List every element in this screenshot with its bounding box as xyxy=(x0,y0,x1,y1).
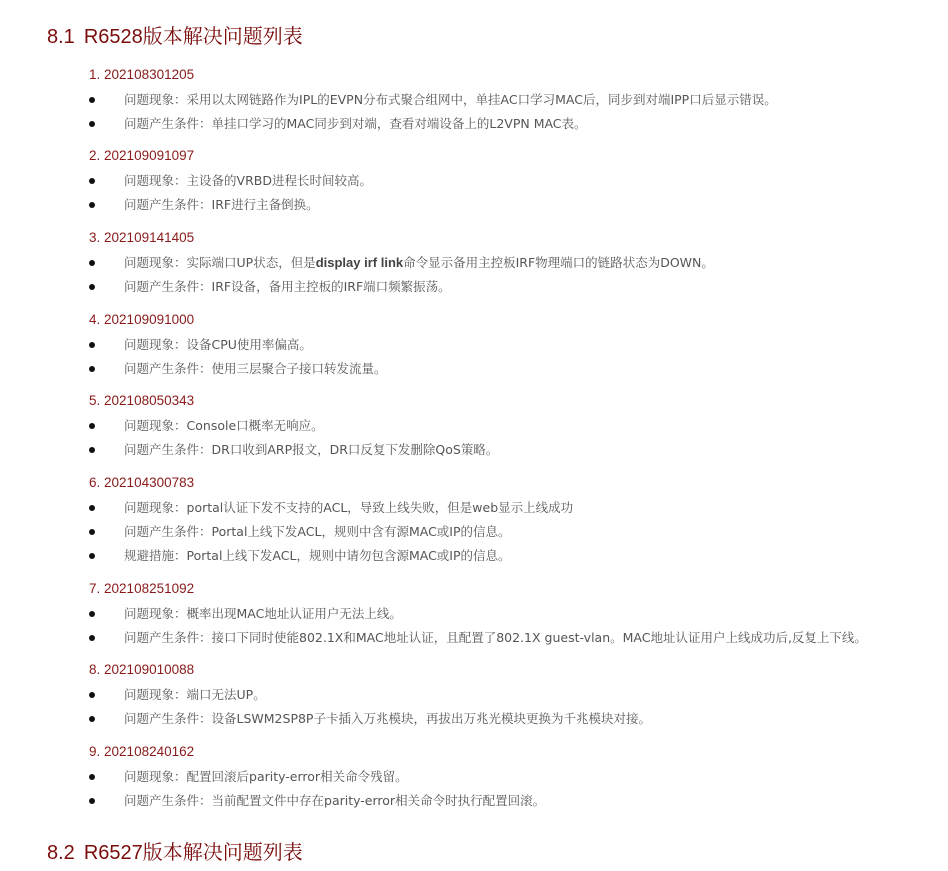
issue-details-list: 问题现象：主设备的VRBD进程长时间较高。 问题产生条件：IRF进行主备倒换。 xyxy=(89,169,939,217)
issue-id: 3. 202109141405 xyxy=(89,229,939,247)
list-item: 问题现象：Console口概率无响应。 xyxy=(89,414,939,438)
bullet-icon xyxy=(89,716,95,722)
list-item: 问题产生条件：单挂口学习的MAC同步到对端，查看对端设备上的L2VPN MAC表… xyxy=(89,112,939,136)
section-heading-8-1: 8.1R6528版本解决问题列表 xyxy=(47,24,303,50)
list-item: 问题现象：采用以太网链路作为IPL的EVPN分布式聚合组网中，单挂AC口学习MA… xyxy=(89,88,939,112)
list-item: 问题产生条件：IRF设备，备用主控板的IRF端口频繁振荡。 xyxy=(89,275,939,299)
issue-entry: 3. 202109141405 问题现象：实际端口UP状态，但是display … xyxy=(89,229,939,299)
list-item: 问题产生条件：接口下同时使能802.1X和MAC地址认证，且配置了802.1X … xyxy=(89,626,939,650)
issue-id: 2. 202109091097 xyxy=(89,147,939,165)
bullet-icon xyxy=(89,611,95,617)
list-item: 问题现象：配置回滚后parity-error相关命令残留。 xyxy=(89,765,939,789)
issue-details-list: 问题现象：概率出现MAC地址认证用户无法上线。 问题产生条件：接口下同时使能80… xyxy=(89,602,939,650)
section-title-text: R6527版本解决问题列表 xyxy=(84,842,303,864)
list-item: 规避措施：Portal上线下发ACL，规则中请勿包含源MAC或IP的信息。 xyxy=(89,544,939,568)
issue-id: 8. 202109010088 xyxy=(89,661,939,679)
issue-id: 4. 202109091000 xyxy=(89,311,939,329)
bullet-icon xyxy=(89,553,95,559)
list-item: 问题现象：主设备的VRBD进程长时间较高。 xyxy=(89,169,939,193)
issue-details-list: 问题现象：Console口概率无响应。 问题产生条件：DR口收到ARP报文，DR… xyxy=(89,414,939,462)
bullet-icon xyxy=(89,774,95,780)
issue-entry: 6. 202104300783 问题现象：portal认证下发不支持的ACL，导… xyxy=(89,474,939,568)
list-item: 问题产生条件：IRF进行主备倒换。 xyxy=(89,193,939,217)
list-item: 问题产生条件：设备LSWM2SP8P子卡插入万兆模块，再拔出万兆光模块更换为千兆… xyxy=(89,707,939,731)
issue-details-list: 问题现象：设备CPU使用率偏高。 问题产生条件：使用三层聚合子接口转发流量。 xyxy=(89,333,939,381)
section-heading-8-2: 8.2R6527版本解决问题列表 xyxy=(47,840,303,866)
issue-details-list: 问题现象：portal认证下发不支持的ACL，导致上线失败，但是web显示上线成… xyxy=(89,496,939,568)
issue-entry: 8. 202109010088 问题现象：端口无法UP。 问题产生条件：设备LS… xyxy=(89,661,939,731)
issue-id: 9. 202108240162 xyxy=(89,743,939,761)
issue-id: 1. 202108301205 xyxy=(89,66,939,84)
bullet-icon xyxy=(89,121,95,127)
bullet-icon xyxy=(89,529,95,535)
issue-entry: 9. 202108240162 问题现象：配置回滚后parity-error相关… xyxy=(89,743,939,813)
issue-details-list: 问题现象：实际端口UP状态，但是display irf link命令显示备用主控… xyxy=(89,251,939,299)
list-item: 问题现象：实际端口UP状态，但是display irf link命令显示备用主控… xyxy=(89,251,939,275)
bullet-icon xyxy=(89,202,95,208)
bullet-icon xyxy=(89,505,95,511)
list-item: 问题产生条件：使用三层聚合子接口转发流量。 xyxy=(89,357,939,381)
section-title-text: R6528版本解决问题列表 xyxy=(84,26,303,48)
issue-entry: 4. 202109091000 问题现象：设备CPU使用率偏高。 问题产生条件：… xyxy=(89,311,939,381)
bullet-icon xyxy=(89,342,95,348)
list-item: 问题产生条件：当前配置文件中存在parity-error相关命令时执行配置回滚。 xyxy=(89,789,939,813)
list-item: 问题现象：设备CPU使用率偏高。 xyxy=(89,333,939,357)
bullet-icon xyxy=(89,798,95,804)
list-item: 问题现象：端口无法UP。 xyxy=(89,683,939,707)
bullet-icon xyxy=(89,692,95,698)
command-name: display irf link xyxy=(316,255,403,270)
bullet-icon xyxy=(89,260,95,266)
section-number: 8.1 xyxy=(47,24,75,50)
list-item: 问题现象：portal认证下发不支持的ACL，导致上线失败，但是web显示上线成… xyxy=(89,496,939,520)
section-number: 8.2 xyxy=(47,840,75,866)
bullet-icon xyxy=(89,423,95,429)
issue-entry: 1. 202108301205 问题现象：采用以太网链路作为IPL的EVPN分布… xyxy=(89,66,939,136)
issue-details-list: 问题现象：采用以太网链路作为IPL的EVPN分布式聚合组网中，单挂AC口学习MA… xyxy=(89,88,939,136)
issue-details-list: 问题现象：端口无法UP。 问题产生条件：设备LSWM2SP8P子卡插入万兆模块，… xyxy=(89,683,939,731)
bullet-icon xyxy=(89,284,95,290)
list-item: 问题现象：概率出现MAC地址认证用户无法上线。 xyxy=(89,602,939,626)
issue-details-list: 问题现象：配置回滚后parity-error相关命令残留。 问题产生条件：当前配… xyxy=(89,765,939,813)
bullet-icon xyxy=(89,635,95,641)
issue-entry: 2. 202109091097 问题现象：主设备的VRBD进程长时间较高。 问题… xyxy=(89,147,939,217)
issue-id: 7. 202108251092 xyxy=(89,580,939,598)
bullet-icon xyxy=(89,366,95,372)
issue-entry: 7. 202108251092 问题现象：概率出现MAC地址认证用户无法上线。 … xyxy=(89,580,939,650)
list-item: 问题产生条件：Portal上线下发ACL，规则中含有源MAC或IP的信息。 xyxy=(89,520,939,544)
issue-id: 5. 202108050343 xyxy=(89,392,939,410)
issue-entry: 5. 202108050343 问题现象：Console口概率无响应。 问题产生… xyxy=(89,392,939,462)
bullet-icon xyxy=(89,178,95,184)
list-item: 问题产生条件：DR口收到ARP报文，DR口反复下发删除QoS策略。 xyxy=(89,438,939,462)
bullet-icon xyxy=(89,447,95,453)
issue-id: 6. 202104300783 xyxy=(89,474,939,492)
bullet-icon xyxy=(89,97,95,103)
